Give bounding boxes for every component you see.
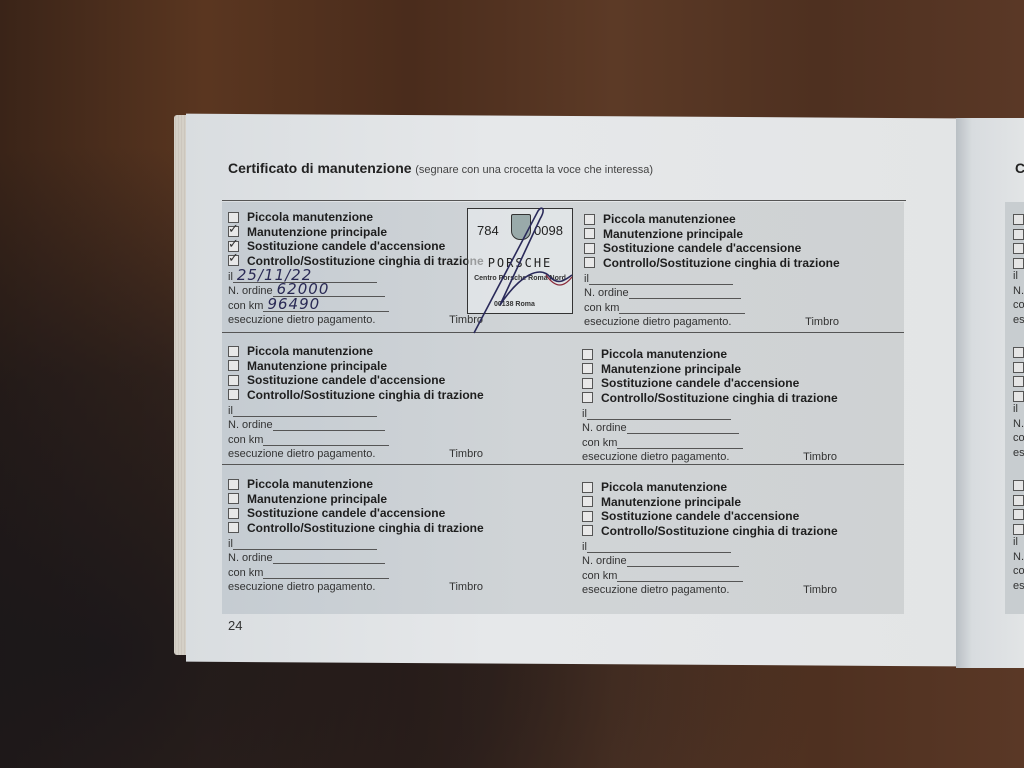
maintenance-entry: Piccola manutenzione Manutenzione princi… — [582, 480, 912, 605]
order-number-field-input[interactable] — [273, 419, 385, 431]
km-field: con km — [228, 431, 558, 446]
checkbox[interactable] — [1013, 360, 1024, 375]
km-field-input[interactable]: 96490 — [263, 300, 389, 312]
entry-footer: esecuzione dietro pagamento. Timbro — [228, 312, 483, 326]
date-field-input[interactable] — [589, 273, 733, 285]
stamp-label: Timbro — [449, 314, 483, 326]
checkbox[interactable] — [582, 482, 593, 493]
entry-footer: esecuzione dietro pagamento. Timbro — [582, 582, 837, 596]
checklist-item: Manutenzione principale — [584, 227, 914, 242]
checkbox[interactable] — [584, 257, 595, 268]
km-field-label: con km — [582, 437, 617, 449]
certificate-subtitle: (segnare con una crocetta la voce che in… — [415, 164, 653, 176]
checklist-item-label: Manutenzione principale — [601, 495, 741, 509]
checkbox[interactable] — [1013, 478, 1024, 493]
km-field: con km — [228, 564, 558, 579]
order-number-field-input[interactable] — [627, 555, 739, 567]
checklist-item: Sostituzione candele d'accensione — [228, 506, 558, 521]
stamp-label: Timbro — [805, 316, 839, 328]
km-field-label: con km — [584, 302, 619, 314]
fragment-text: co — [1013, 299, 1024, 314]
order-number-field: N. ordine — [228, 550, 558, 565]
fragment-text: co — [1013, 432, 1024, 447]
checklist-item-label: Sostituzione candele d'accensione — [603, 241, 801, 255]
checkbox[interactable] — [584, 214, 595, 225]
payment-note: esecuzione dietro pagamento. — [228, 448, 375, 460]
stamp-label: Timbro — [803, 584, 837, 596]
checkbox[interactable] — [1013, 212, 1024, 227]
right-page-title-fragment: C — [1015, 160, 1024, 176]
checklist-item-label: Piccola manutenzione — [601, 347, 727, 361]
stamp-brand: PORSCHE — [472, 256, 568, 270]
maintenance-entry: Piccola manutenzione Manutenzione princi… — [582, 347, 912, 472]
order-number-field: N. ordine — [582, 420, 912, 435]
checkbox[interactable] — [228, 389, 239, 400]
porsche-crest-icon — [511, 214, 531, 240]
date-field-input[interactable] — [233, 405, 377, 417]
payment-note: esecuzione dietro pagamento. — [582, 584, 729, 596]
maintenance-entry: Piccola manutenzionee Manutenzione princ… — [584, 212, 914, 337]
checkbox[interactable] — [228, 360, 239, 371]
fragment-text: il — [1013, 403, 1024, 418]
checkbox[interactable] — [228, 346, 239, 357]
km-field-input[interactable] — [263, 434, 389, 446]
maintenance-entry: Piccola manutenzione Manutenzione princi… — [228, 477, 558, 602]
checklist-item: Piccola manutenzione — [582, 347, 912, 362]
checkbox[interactable] — [1013, 227, 1024, 242]
checklist-item: Sostituzione candele d'accensione — [584, 241, 914, 256]
checkbox[interactable] — [584, 243, 595, 254]
order-number-field-label: N. ordine — [582, 555, 627, 567]
checklist-item: Sostituzione candele d'accensione — [228, 373, 558, 388]
checkbox[interactable] — [228, 522, 239, 533]
km-field-input[interactable] — [263, 567, 389, 579]
checkbox[interactable] — [582, 496, 593, 507]
checklist-item: Controllo/Sostituzione cinghia di trazio… — [228, 521, 558, 536]
checkbox[interactable] — [228, 375, 239, 386]
checklist-item: Manutenzione principale — [582, 495, 912, 510]
checklist-item: Manutenzione principale — [582, 362, 912, 377]
checklist-item-label: Controllo/Sostituzione cinghia di trazio… — [247, 521, 484, 535]
checkbox[interactable] — [1013, 345, 1024, 360]
stamp-label: Timbro — [449, 448, 483, 460]
checkbox[interactable] — [228, 508, 239, 519]
order-number-field-label: N. ordine — [228, 552, 273, 564]
km-field: con km — [584, 299, 914, 314]
fragment-text: N. — [1013, 285, 1024, 300]
dealer-stamp: 784 0098 PORSCHE Centro Porsche Roma Nor… — [467, 208, 573, 314]
checklist-item-label: Sostituzione candele d'accensione — [601, 376, 799, 390]
checkbox[interactable] — [582, 363, 593, 374]
checkbox[interactable] — [1013, 507, 1024, 522]
checkbox[interactable] — [582, 511, 593, 522]
checkbox[interactable] — [228, 479, 239, 490]
date-field: il — [582, 538, 912, 553]
checklist-item-label: Piccola manutenzione — [247, 477, 373, 491]
checklist-item-label: Manutenzione principale — [247, 359, 387, 373]
entry-footer: esecuzione dietro pagamento. Timbro — [228, 446, 483, 460]
checklist-item-label: Controllo/Sostituzione cinghia di trazio… — [601, 524, 838, 538]
checklist-item: Piccola manutenzione — [582, 480, 912, 495]
payment-note: esecuzione dietro pagamento. — [582, 451, 729, 463]
entry-footer: esecuzione dietro pagamento. Timbro — [582, 449, 837, 463]
km-field-input[interactable] — [617, 570, 743, 582]
checkbox[interactable] — [1013, 389, 1024, 404]
order-number-field-label: N. ordine — [584, 287, 629, 299]
order-number-field-label: N. ordine — [582, 422, 627, 434]
checkbox[interactable] — [1013, 522, 1024, 537]
checklist-item-label: Manutenzione principale — [247, 225, 387, 239]
checkbox[interactable] — [582, 349, 593, 360]
checkbox[interactable] — [228, 493, 239, 504]
stamp-right-code: 0098 — [534, 223, 563, 238]
checklist-item-label: Piccola manutenzione — [601, 480, 727, 494]
km-field-handwritten-value: 96490 — [267, 295, 320, 313]
checkbox[interactable] — [582, 378, 593, 389]
km-field: con km — [582, 567, 912, 582]
checkbox[interactable] — [1013, 256, 1024, 271]
stamp-left-code: 784 — [477, 223, 499, 238]
order-number-field-input[interactable] — [629, 287, 741, 299]
checklist-item-label: Manutenzione principale — [601, 362, 741, 376]
fragment-text: N. — [1013, 418, 1024, 433]
fragment-text: N. — [1013, 551, 1024, 566]
checklist-item-label: Controllo/Sostituzione cinghia di trazio… — [247, 388, 484, 402]
checklist-item: Sostituzione candele d'accensione — [582, 376, 912, 391]
stamp-label: Timbro — [449, 581, 483, 593]
checklist-item-label: Sostituzione candele d'accensione — [247, 506, 445, 520]
entry-footer: esecuzione dietro pagamento. Timbro — [584, 314, 839, 328]
date-field: il — [584, 270, 914, 285]
checklist-item-label: Piccola manutenzione — [247, 210, 373, 224]
date-field: il — [228, 535, 558, 550]
checklist-item: Controllo/Sostituzione cinghia di trazio… — [582, 524, 912, 539]
maintenance-entry: Piccola manutenzione Manutenzione princi… — [228, 344, 558, 469]
checkbox[interactable] — [582, 525, 593, 536]
km-field-label: con km — [228, 300, 263, 312]
checklist-item-label: Manutenzione principale — [603, 227, 743, 241]
order-number-field-input[interactable] — [627, 422, 739, 434]
stamp-city: 00138 Roma — [494, 301, 535, 308]
checklist-item: Controllo/Sostituzione cinghia di trazio… — [584, 256, 914, 271]
km-field-label: con km — [228, 567, 263, 579]
checklist-item-label: Sostituzione candele d'accensione — [247, 239, 445, 253]
right-page-entry-fragment: ilN.coes — [1013, 478, 1024, 594]
checklist-item-label: Controllo/Sostituzione cinghia di trazio… — [603, 256, 840, 270]
checklist-item: Sostituzione candele d'accensione — [582, 509, 912, 524]
checklist-item: Piccola manutenzione — [228, 477, 558, 492]
payment-note: esecuzione dietro pagamento. — [228, 314, 375, 326]
checklist-item: Piccola manutenzionee — [584, 212, 914, 227]
date-field-input[interactable] — [587, 408, 731, 420]
checklist-item-label: Sostituzione candele d'accensione — [601, 509, 799, 523]
fragment-text: il — [1013, 270, 1024, 285]
right-page-entry-fragment: ilN.coes — [1013, 212, 1024, 328]
order-number-field-label: N. ordine — [228, 419, 273, 431]
km-field-label: con km — [228, 434, 263, 446]
checklist-item-label: Piccola manutenzionee — [603, 212, 736, 226]
divider — [222, 200, 906, 201]
order-number-field-label: N. ordine — [228, 285, 273, 297]
checklist-item: Manutenzione principale — [228, 359, 558, 374]
page-title: Certificato di manutenzione (segnare con… — [228, 160, 653, 176]
checkbox[interactable] — [584, 228, 595, 239]
checkbox[interactable] — [582, 392, 593, 403]
checklist-item: Controllo/Sostituzione cinghia di trazio… — [582, 391, 912, 406]
fragment-text: co — [1013, 565, 1024, 580]
fragment-text: es — [1013, 314, 1024, 329]
checklist-item-label: Manutenzione principale — [247, 492, 387, 506]
km-field-label: con km — [582, 570, 617, 582]
certificate-title: Certificato di manutenzione — [228, 160, 412, 176]
km-field-input[interactable] — [617, 437, 743, 449]
fragment-text: es — [1013, 580, 1024, 595]
checkbox[interactable] — [1013, 374, 1024, 389]
right-page-entry-fragment: ilN.coes — [1013, 345, 1024, 461]
order-number-field: N. ordine — [582, 553, 912, 568]
date-field-input[interactable] — [587, 541, 731, 553]
checkbox[interactable] — [1013, 241, 1024, 256]
stamp-dealer: Centro Porsche Roma Nord — [470, 275, 570, 282]
checklist-item: Piccola manutenzione — [228, 344, 558, 359]
stamp-label: Timbro — [803, 451, 837, 463]
page-number: 24 — [228, 618, 242, 633]
checklist-item: Controllo/Sostituzione cinghia di trazio… — [228, 388, 558, 403]
payment-note: esecuzione dietro pagamento. — [228, 581, 375, 593]
checkbox[interactable] — [1013, 493, 1024, 508]
checklist-item-label: Piccola manutenzione — [247, 344, 373, 358]
km-field-input[interactable] — [619, 302, 745, 314]
fragment-text: es — [1013, 447, 1024, 462]
entry-footer: esecuzione dietro pagamento. Timbro — [228, 579, 483, 593]
date-field: il — [582, 405, 912, 420]
order-number-field: N. ordine — [228, 417, 558, 432]
order-number-field: N. ordine — [584, 285, 914, 300]
km-field: con km — [582, 434, 912, 449]
checklist-item-label: Sostituzione candele d'accensione — [247, 373, 445, 387]
payment-note: esecuzione dietro pagamento. — [584, 316, 731, 328]
checklist-item-label: Controllo/Sostituzione cinghia di trazio… — [601, 391, 838, 405]
order-number-field-input[interactable] — [273, 552, 385, 564]
date-field: il — [228, 402, 558, 417]
checklist-item: Manutenzione principale — [228, 492, 558, 507]
date-field-input[interactable] — [233, 538, 377, 550]
fragment-text: il — [1013, 536, 1024, 551]
